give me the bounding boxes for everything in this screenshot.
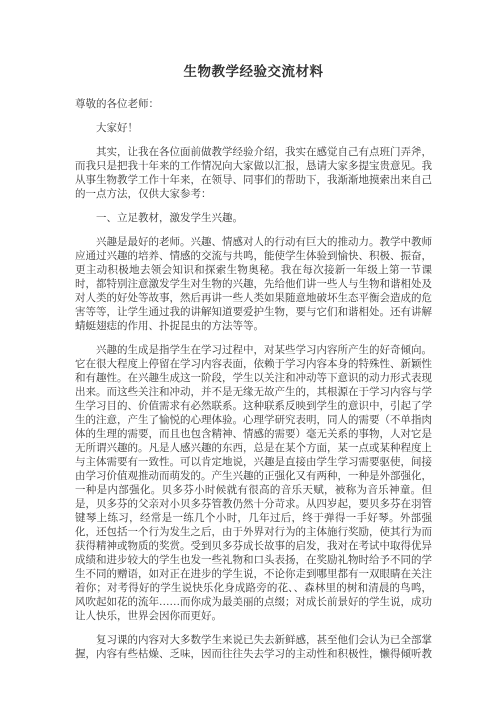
section-1-heading: 一、立足教材，激发学生兴趣。	[75, 212, 432, 226]
document-page: 生物教学经验交流材料 尊敬的各位老师： 大家好！ 其实，让我在各位面前做教学经验…	[0, 0, 500, 707]
interest-generation-paragraph: 兴趣的生成是指学生在学习过程中，对某些学习内容所产生的好奇倾向。它在很大程度上停…	[75, 344, 432, 624]
document-title: 生物教学经验交流材料	[75, 62, 432, 82]
review-class-paragraph: 复习课的内容对大多数学生来说已失去新鲜感，甚至他们会认为已全部掌握，内容有些枯燥…	[75, 634, 432, 662]
section-1-body-paragraph: 兴趣是最好的老师。兴趣、情感对人的行动有巨大的推动力。教学中教师应通过兴趣的培养…	[75, 236, 432, 334]
salutation-line: 尊敬的各位老师：	[75, 98, 432, 112]
intro-paragraph: 其实，让我在各位面前做教学经验介绍，我实在感觉自己有点班门弄斧，而我只是把我十年…	[75, 146, 432, 202]
greeting-line: 大家好！	[75, 122, 432, 136]
